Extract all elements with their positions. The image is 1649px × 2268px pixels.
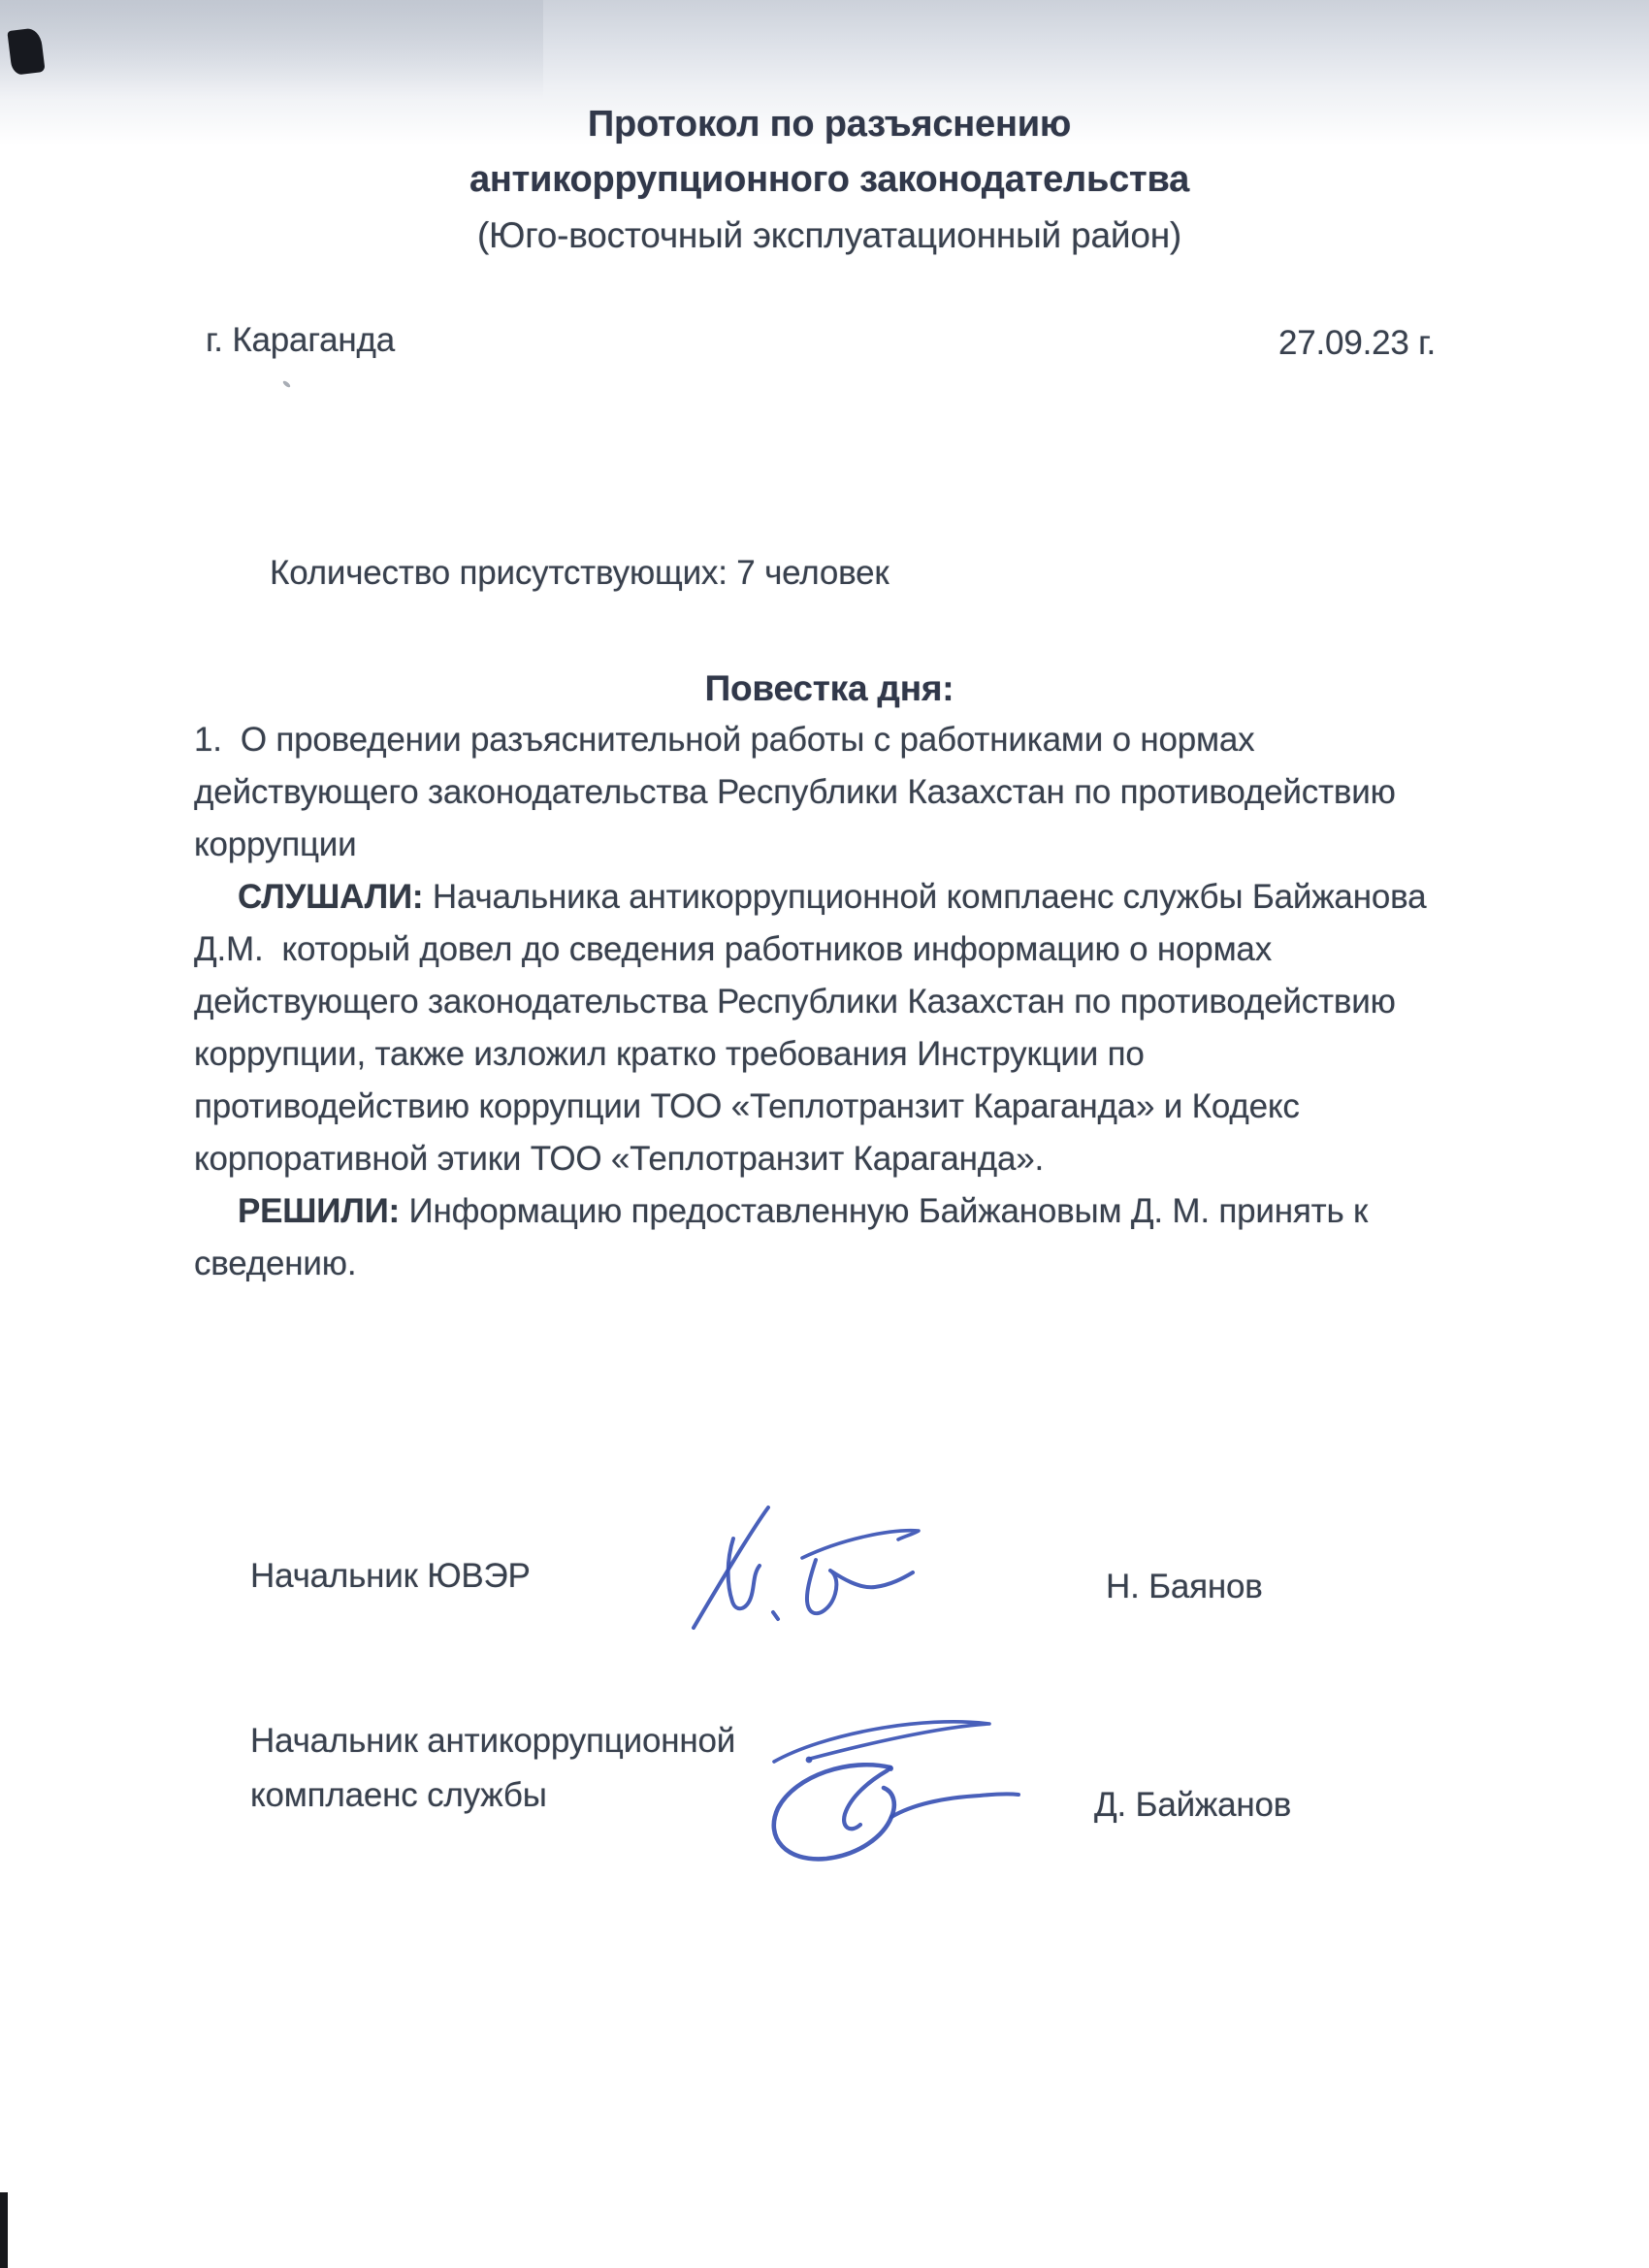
title-line-3: (Юго-восточный эксплуатационный район) [0,217,1649,253]
title-line-2: антикоррупционного законодательства [0,161,1649,198]
slushali-line: противодействию коррупции ТОО «Теплотран… [194,1089,1300,1123]
signature-role-2-line2: комплаенс службы [250,1778,547,1812]
title-line-1: Протокол по разъяснению [0,106,1649,143]
reshili-label: РЕШИЛИ: [238,1192,400,1230]
reshili-text: Информацию предоставленную Байжановым Д.… [400,1192,1368,1230]
place-city: г. Караганда [206,323,395,357]
attendees-line: Количество присутствующих: 7 человек [270,556,889,590]
slushali-line: коррупции, также изложил кратко требован… [194,1037,1145,1071]
agenda-item-line: 1. О проведении разъяснительной работы с… [194,723,1254,757]
signature-role-2-line1: Начальник антикоррупционной [250,1724,735,1758]
signature-role-1: Начальник ЮВЭР [250,1559,531,1593]
agenda-heading: Повестка дня: [0,670,1649,706]
slushali-label: СЛУШАЛИ: [238,878,423,916]
slushali-first-line: СЛУШАЛИ: Начальника антикоррупционной ко… [238,880,1426,914]
reshili-line: сведению. [194,1247,356,1280]
agenda-item-line: коррупции [194,827,357,861]
agenda-item-line: действующего законодательства Республики… [194,775,1396,809]
slushali-text: Начальника антикоррупционной комплаенс с… [423,878,1426,916]
signature-autograph-baizhanov [745,1707,1079,1886]
protocol-date: 27.09.23 г. [1278,326,1436,360]
slushali-line: действующего законодательства Республики… [194,985,1396,1019]
reshili-first-line: РЕШИЛИ: Информацию предоставленную Байжа… [238,1194,1368,1228]
scanned-document-page: Протокол по разъяснению антикоррупционно… [0,0,1649,2268]
signer-name-2: Д. Байжанов [1094,1788,1291,1822]
scan-top-shadow-left [0,0,543,116]
scan-corner-artifact [7,27,45,76]
signer-name-1: Н. Баянов [1106,1570,1263,1604]
scan-speck-artifact [282,380,292,389]
slushali-line: Д.М. который довел до сведения работнико… [194,932,1272,966]
scan-edge-artifact [0,2192,8,2268]
slushali-line: корпоративной этики ТОО «Теплотранзит Ка… [194,1142,1044,1176]
signature-autograph-bayanov [672,1504,928,1634]
